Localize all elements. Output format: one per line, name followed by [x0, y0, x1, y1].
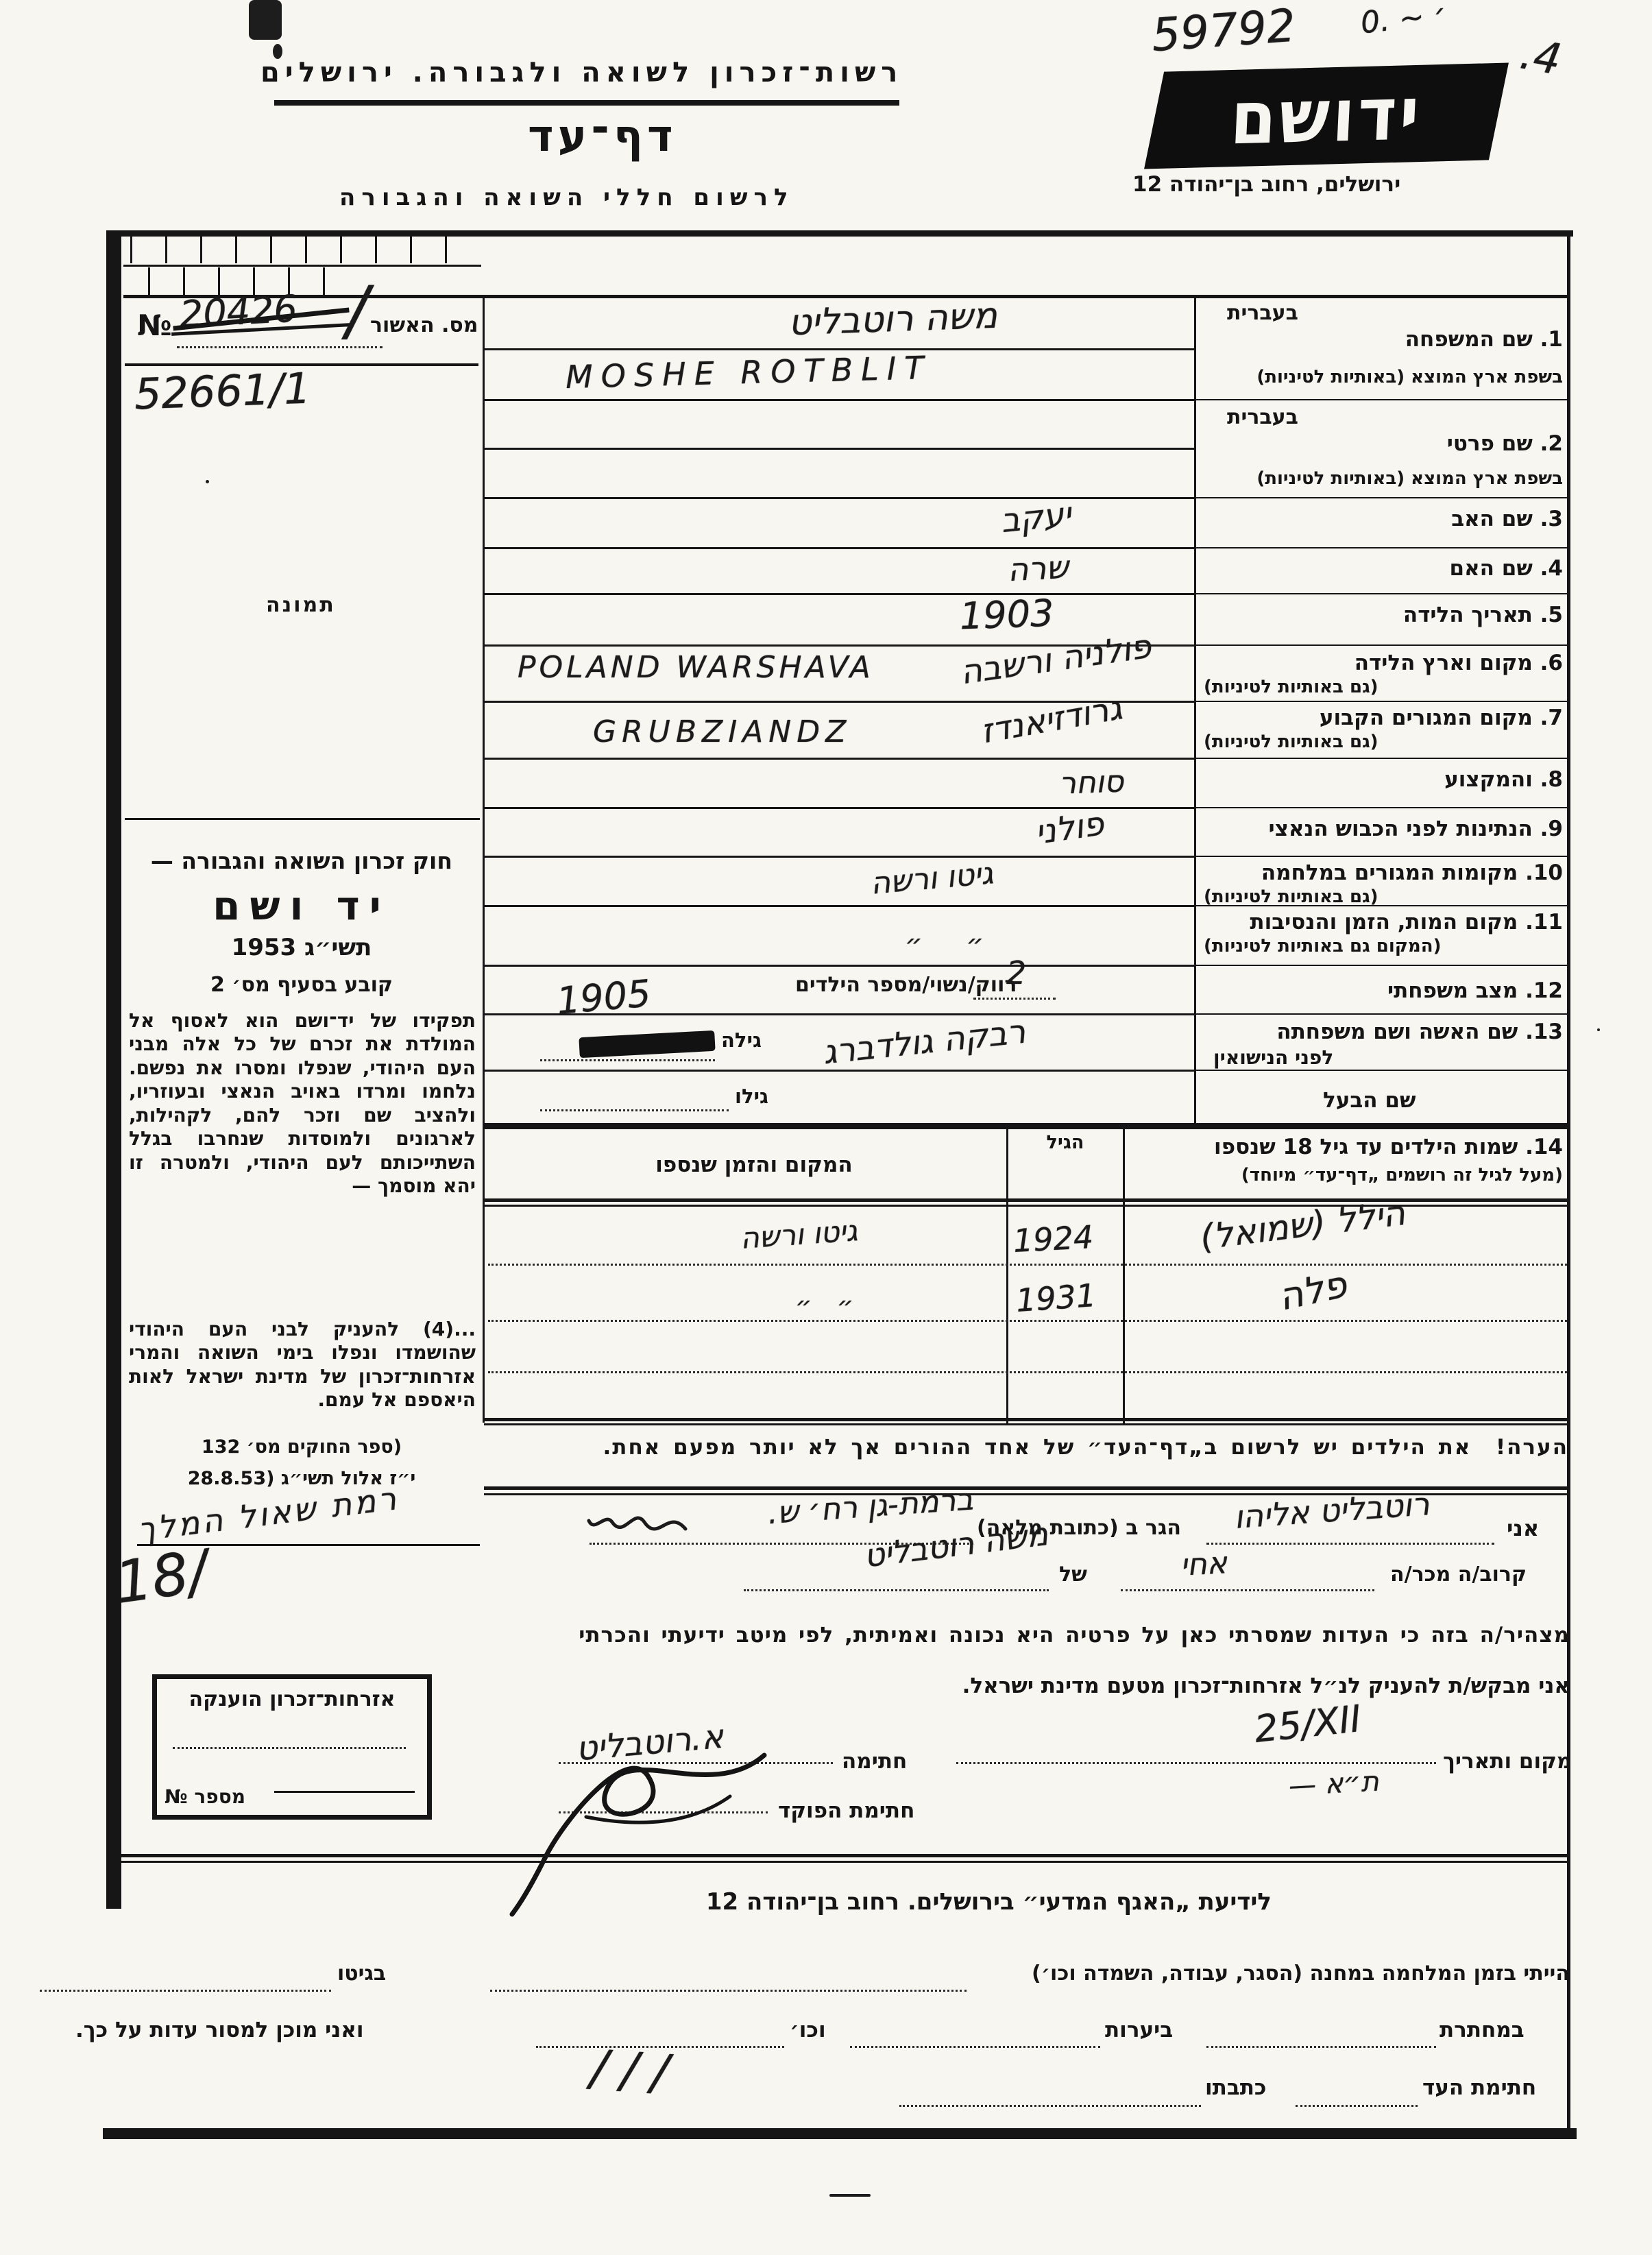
children-note: (מעל לגיל זה רושמים „דף־עד״ מיוחד): [1137, 1166, 1563, 1185]
item6-label: 6. מקום וארץ הלידה: [1201, 651, 1563, 675]
witness-signature-label: חתימת העד: [1422, 2076, 1536, 2099]
label-sep: [1196, 644, 1568, 646]
wife-name-value: רבקה גולדברג: [821, 1015, 1027, 1070]
item1-sub: בשפת ארץ המוצא (באותיות לטיניות): [1201, 367, 1563, 387]
citizenship-box-title: אזרחות־זכרון הוענקה: [159, 1688, 425, 1711]
death-place-ditto-value: ״ ״: [905, 931, 984, 958]
relation-dots: [1121, 1589, 1374, 1591]
index-cell-tick: [165, 234, 167, 263]
bottom-handwritten-marks: ///: [590, 2042, 683, 2098]
approval-slash: /: [346, 278, 368, 343]
field-line: [484, 448, 1194, 450]
field-line: [484, 905, 1194, 907]
item4-label: 4. שם האם: [1201, 557, 1563, 580]
index-cell-tick: [235, 234, 237, 263]
form-subtitle: לרשום חללי השואה והגבורה: [339, 185, 794, 210]
item12-label: 12. מצב משפחתי: [1201, 979, 1563, 1002]
frame-right: [1567, 230, 1570, 2138]
residence-latin-value: GRUBZIANDZ: [593, 717, 851, 747]
children-table-divider: [1123, 1123, 1125, 1423]
scan-speck: [829, 2194, 871, 2197]
field-line: [484, 547, 1194, 549]
item5-label: 5. תאריך הלידה: [1201, 603, 1563, 627]
witness-address-label: כתבתו: [1205, 2076, 1266, 2099]
his-age-dots: [540, 1109, 729, 1111]
index-cell-tick: [305, 234, 307, 263]
mother-name-value: שרה: [1007, 551, 1069, 586]
approval-file-number: 52661/1: [134, 367, 312, 416]
index-cell-tick: [375, 234, 377, 263]
camp-line-label: הייתי בזמן המלחמה במחנה (הסגר, עבודה, הש…: [970, 1962, 1570, 1985]
label-sep: [1196, 1013, 1568, 1015]
label-sep: [1196, 497, 1568, 498]
scanned-testimony-page: רשות־זכרון לשואה ולגבורה. ירושלים דף־עד …: [0, 0, 1652, 2255]
declarant-name-dots: [1206, 1543, 1494, 1545]
scan-blob: [249, 0, 282, 40]
law-citation1: (ספר החוקים מס׳ 132: [130, 1437, 473, 1458]
camp-dots: [490, 1990, 967, 1992]
place-date-value: 25/XII: [1253, 1700, 1363, 1748]
children-table-divider: [1006, 1123, 1008, 1423]
citizenship-number-label: מספר №: [165, 1787, 245, 1808]
photo-label: תמונה: [266, 594, 336, 616]
father-name-value: יעקב: [999, 498, 1073, 538]
item2-label: 2. שם פרטי: [1201, 432, 1563, 455]
approval-label: מס. האשור: [370, 314, 478, 337]
left-margin-number: 18/: [112, 1542, 212, 1612]
ghetto-label: בגיטו: [337, 1962, 386, 1985]
label-sep: [1196, 593, 1568, 594]
office-address: ירושלים, רחוב בן־יהודה 12: [1132, 173, 1400, 196]
child2-place-ditto-value: ״ ״: [795, 1293, 853, 1319]
form-title: דף־עד: [528, 112, 677, 160]
child2-age-value: 1931: [1015, 1279, 1097, 1316]
index-cell-tick: [323, 267, 325, 295]
handwritten-file-number: 59792: [1150, 3, 1297, 58]
index-cell-tick: [148, 267, 150, 295]
child1-place-value: גיטו ורשה: [740, 1216, 859, 1253]
crossed-out-blot: [579, 1030, 715, 1058]
item10-label: 10. מקומות המגורים במלחמה: [1201, 861, 1563, 884]
address-tail-scribble: [586, 1502, 689, 1556]
item9-label: 9. הנתינות לפני הכבוש הנאצי: [1201, 817, 1563, 841]
place-date-city-value: ת״א —: [1288, 1768, 1379, 1800]
issuing-authority-line: רשות־זכרון לשואה ולגבורה. ירושלים: [260, 58, 903, 88]
item11-sub: (המקום גם באותיות לטיניות): [1204, 937, 1441, 956]
forests-label: ביערות: [1105, 2018, 1173, 2042]
child2-name-value: פלה: [1275, 1266, 1350, 1316]
witness-signature-dots: [1296, 2105, 1418, 2107]
wife-birth-year-value: 1905: [555, 975, 653, 1020]
scan-speck: [206, 480, 209, 483]
children-age-column-header: הגיל: [1009, 1133, 1121, 1153]
index-strip-line: [123, 265, 481, 267]
family-name-hebrew-value: משה רוטבליט: [788, 298, 998, 341]
signature-label: חתימה: [842, 1750, 907, 1773]
item1-lang-note: בעברית: [1227, 302, 1298, 324]
children-table-bottom-line2: [484, 1423, 1568, 1425]
item10-sub: (גם באותיות לטיניות): [1204, 887, 1378, 907]
profession-value: סוחר: [1058, 767, 1124, 799]
children-place-column-header: המקום והזמן שנספו: [583, 1153, 925, 1177]
declarant-i-label: אני: [1507, 1517, 1539, 1541]
index-cell-tick: [130, 234, 132, 263]
section14-header-line2: [484, 1205, 1568, 1207]
yad-vashem-logo: ידושם: [1144, 62, 1509, 169]
her-age-label: גילה: [721, 1030, 762, 1052]
resides-value: ברמת-גן רח׳ ש.: [685, 1484, 974, 1534]
underground-dots: [1206, 2046, 1436, 2048]
children-label: 14. שמות הילדים עד גיל 18 שנספו: [1137, 1135, 1563, 1159]
relation-label: קרוב/ה מכר/ה: [1390, 1563, 1527, 1586]
declaration-statement1: מצהיר/ה בזה כי העדות שמסרתי כאן על פרטיה…: [531, 1624, 1570, 1647]
center-left-divider: [483, 295, 485, 1423]
place-date-label: מקום ותאריך: [1443, 1750, 1572, 1773]
law-citation2: י״ז אלול תשי״ג (28.8.53: [130, 1469, 473, 1489]
war-residence-value: גיטו ורשה: [869, 858, 994, 899]
item8-label: 8. והמקצוע: [1201, 768, 1563, 791]
label-sep: [1196, 547, 1568, 548]
frame-left-bar: [106, 230, 121, 1909]
item3-label: 3. שם האב: [1201, 507, 1563, 531]
ghetto-dots: [40, 1990, 331, 1992]
index-cell-tick: [200, 234, 202, 263]
label-sep: [1196, 701, 1568, 702]
family-name-latin-value: MOSHE ROTBLIT: [565, 352, 932, 393]
law-heading: חוק זכרון השואה והגבורה —: [130, 849, 473, 873]
item7-label: 7. מקום המגורים הקבוע: [1201, 706, 1563, 729]
declaration-bottom-line: [106, 1854, 1570, 1857]
law-body2: ...(4) להעניק לבני העם היהודי שהושמדו ונ…: [129, 1318, 476, 1412]
item2-sub: בשפת ארץ המוצא (באותיות לטיניות): [1201, 469, 1563, 489]
columns-top-line: [123, 295, 1568, 298]
approval-no-sign: №: [137, 310, 172, 341]
section14-top-line: [484, 1123, 1568, 1129]
handwritten-page-number: 4.: [1517, 32, 1564, 81]
field-line: [484, 758, 1194, 760]
etc-label: וכו׳: [790, 2018, 826, 2042]
birth-place-latin-value: POLAND WARSHAVA: [518, 653, 874, 683]
item11-label: 11. מקום המות, הזמן והנסיבות: [1201, 911, 1563, 934]
declaration-statement2: אני מבקש/ת להעניק לנ״ל אזרחות־זכרון מטעם…: [857, 1674, 1570, 1698]
approval-dotted-line: [177, 346, 382, 348]
children-row-line: [488, 1264, 1567, 1266]
citizenship-value: פולני: [1033, 807, 1106, 849]
yad-vashem-logo-text: ידושם: [1229, 71, 1424, 161]
item1-label: 1. שם המשפחה: [1201, 328, 1563, 351]
place-date-dots: [956, 1762, 1436, 1764]
law-title: יד ושם: [130, 884, 473, 928]
citizenship-box-dots: [173, 1747, 406, 1749]
declaration-bottom-line2: [106, 1861, 1570, 1863]
frame-bottom: [103, 2128, 1577, 2139]
children-row-line: [488, 1371, 1567, 1373]
ready-to-testify-label: ואני מוכן למסור עדות על כך.: [75, 2018, 364, 2042]
citizenship-number-line: [274, 1791, 415, 1793]
handwritten-marks: ׳ ~ .0: [1359, 0, 1448, 38]
index-cell-tick: [445, 234, 447, 263]
underground-label: במחתרת: [1440, 2018, 1525, 2042]
item7-sub: (גם באותיות לטיניות): [1204, 732, 1378, 752]
forests-dots: [850, 2046, 1100, 2048]
of-dots: [744, 1589, 1049, 1591]
label-sep: [1196, 856, 1568, 857]
label-sep: [1196, 399, 1568, 400]
index-cell-tick: [410, 234, 412, 263]
field-line: [484, 856, 1194, 858]
index-cell-tick: [270, 234, 272, 263]
item13-label: 13. שם האשה ושם משפחתה: [1201, 1020, 1563, 1044]
witness-address-dots: [899, 2105, 1201, 2107]
marital-status-inline-label: רווק/נשוי/מספר הילדים: [795, 974, 1017, 996]
section14-header-line: [484, 1198, 1568, 1202]
item6-sub: (גם באותיות לטיניות): [1204, 677, 1378, 697]
field-line: [484, 497, 1194, 499]
field-line: [484, 348, 1194, 350]
children-note-line: הערה! את הילדים יש לרשום ב„דף־העד״ של אח…: [521, 1436, 1568, 1459]
birth-year-value: 1903: [959, 595, 1054, 636]
field-line: [484, 399, 1194, 401]
label-sep: [1196, 807, 1568, 808]
children-count-value: 2: [1006, 957, 1026, 989]
label-sep: [1196, 965, 1568, 966]
label-sep: [1196, 1070, 1568, 1071]
husband-name-label: שם הבעל: [1323, 1089, 1416, 1112]
item2-lang-note: בעברית: [1227, 406, 1298, 429]
of-label: של: [1059, 1563, 1087, 1586]
label-sep: [1196, 758, 1568, 759]
scan-speck: [1597, 1028, 1600, 1031]
law-year: תשי״ג 1953: [130, 935, 473, 961]
law-box-top-line: [125, 818, 480, 820]
birth-place-hebrew-value: פולניה ורשבה: [958, 630, 1153, 690]
index-cell-tick: [340, 234, 342, 263]
her-age-dots: [540, 1059, 715, 1061]
left-margin-scrawl: רמת שאול המלך: [136, 1482, 401, 1545]
residence-hebrew-value: גרודזיאנדז: [978, 691, 1124, 748]
child1-age-value: 1924: [1012, 1221, 1094, 1257]
scientific-branch-heading: לידיעת „האגף המדעי״ בירושלים. רחוב בן־יה…: [716, 1890, 1272, 1915]
index-cell-tick: [183, 267, 185, 295]
field-line: [484, 593, 1194, 595]
frame-top: [106, 230, 1573, 237]
children-count-dots: [973, 998, 1056, 1000]
children-table-bottom-line: [484, 1418, 1568, 1421]
relation-value: אחי: [1180, 1548, 1228, 1580]
header-underline: [274, 100, 899, 106]
law-body: תפקידו של יד־ושם הוא לאסוף אל המולדת את …: [129, 1009, 476, 1198]
item13-sub: לפני הנישואין: [1213, 1048, 1333, 1069]
label-column-divider: [1194, 295, 1196, 1124]
field-line: [484, 965, 1194, 967]
children-row-line: [488, 1320, 1567, 1322]
law-clause: קובע בסעיף מס׳ 2: [130, 974, 473, 996]
his-age-label: גילו: [735, 1086, 768, 1108]
